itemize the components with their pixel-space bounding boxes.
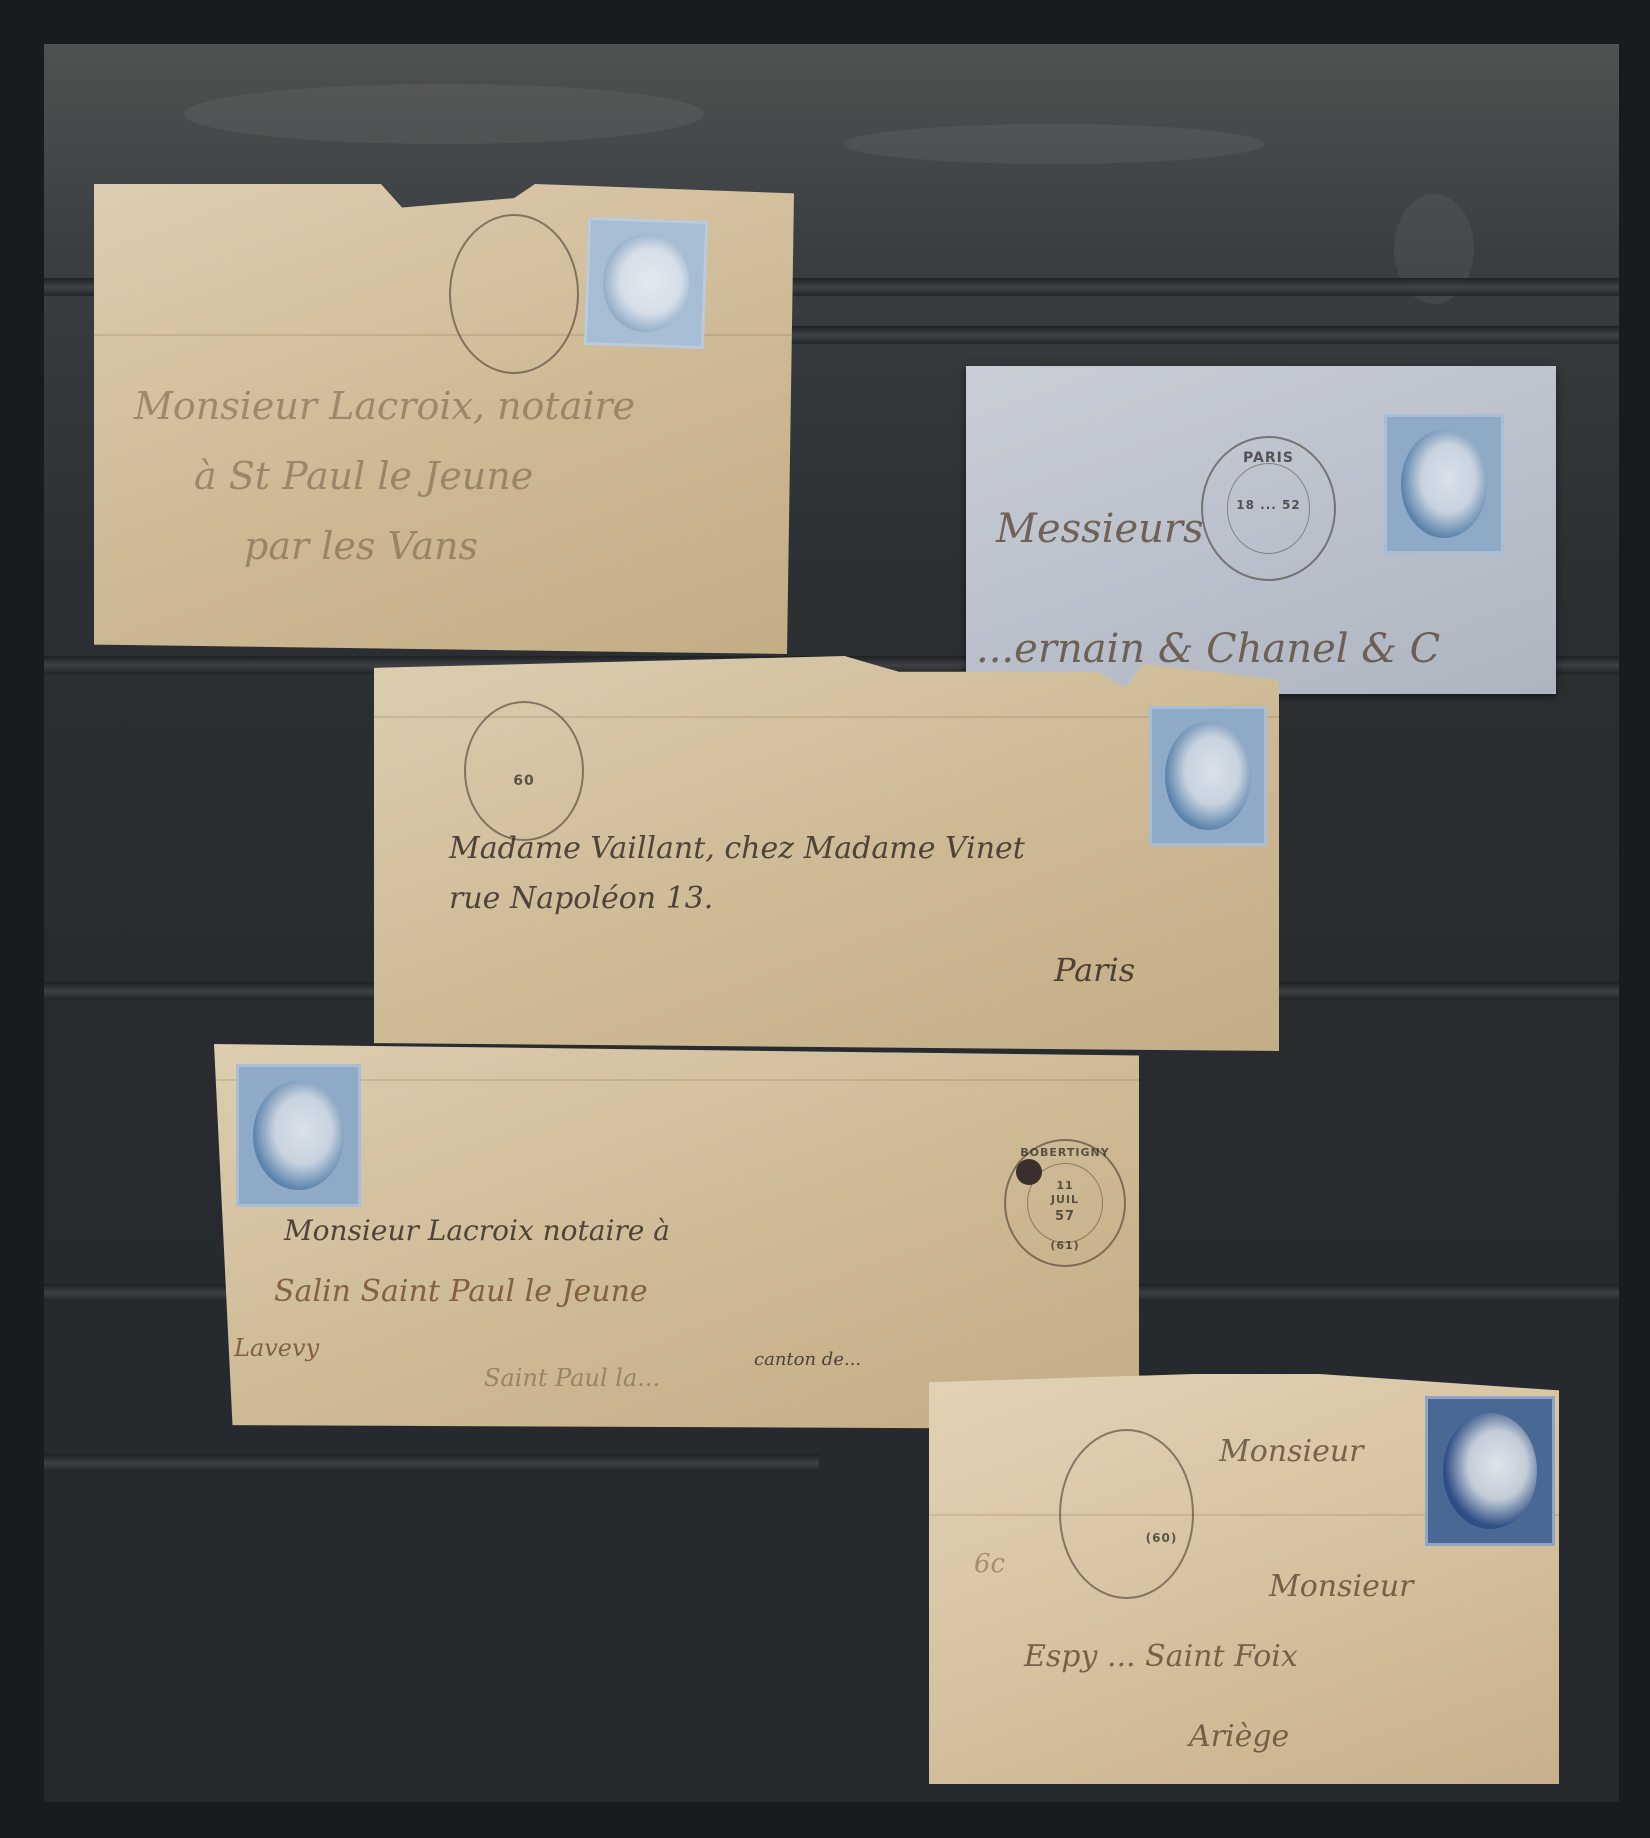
postmark [449, 214, 579, 374]
postmark-town: PARIS [1203, 450, 1334, 466]
paris-postmark: PARIS 18 ... 52 [1201, 436, 1336, 581]
stock-strip-divider [44, 1454, 819, 1472]
bobertigny-postmark: BOBERTIGNY 11 JUIL 57 (61) [1004, 1139, 1126, 1267]
address-line: Monsieur [1269, 1569, 1414, 1604]
stock-page-photo: Monsieur Lacroix, notaire à St Paul le J… [44, 44, 1619, 1802]
postmark-year: 57 [1006, 1209, 1124, 1224]
cover-5: (60) 6c Monsieur Monsieur Espy ... Saint… [929, 1374, 1559, 1784]
address-line: Paris [1054, 951, 1135, 989]
address-line: Lavevy [234, 1334, 319, 1362]
stamp-portrait-icon [601, 233, 691, 334]
stamp-portrait-icon [1443, 1413, 1537, 1528]
address-line: Madame Vaillant, chez Madame Vinet [449, 831, 1025, 866]
page-scuff [184, 84, 704, 144]
address-line: Ariège [1189, 1719, 1289, 1754]
address-line: rue Napoléon 13. [449, 881, 713, 916]
cover-1: Monsieur Lacroix, notaire à St Paul le J… [94, 184, 794, 654]
stamp-portrait-icon [253, 1081, 343, 1191]
stamp-portrait-icon [1165, 722, 1250, 829]
address-line: Espy ... Saint Foix [1024, 1639, 1298, 1674]
page-scuff [844, 124, 1264, 164]
postmark-dept: (61) [1006, 1239, 1124, 1252]
address-line: ...ernain & Chanel & C [976, 626, 1440, 672]
postmark-month: JUIL [1006, 1193, 1124, 1206]
cover-4: BOBERTIGNY 11 JUIL 57 (61) Monsieur Lacr… [214, 1044, 1139, 1429]
address-line: par les Vans [244, 524, 478, 568]
fragment-2: PARIS 18 ... 52 Messieurs ...ernain & Ch… [966, 366, 1556, 694]
postmark-dept: (60) [1096, 1531, 1227, 1545]
stamp-portrait-icon [1401, 430, 1488, 537]
napoleon-stamp [1384, 414, 1504, 554]
postage-due-marking: 6c [974, 1549, 1005, 1579]
cover-3: 60 Madame Vaillant, chez Madame Vinet ru… [374, 656, 1279, 1051]
postmark-date: 60 [466, 773, 582, 789]
address-line: Salin Saint Paul le Jeune [274, 1274, 648, 1309]
stock-strip-divider [784, 326, 1619, 344]
address-line: canton de... [754, 1349, 861, 1370]
address-line: Saint Paul la... [484, 1364, 660, 1392]
napoleon-stamp [1425, 1396, 1555, 1546]
napoleon-stamp [236, 1064, 361, 1207]
napoleon-stamp [584, 217, 708, 349]
address-line: Monsieur Lacroix notaire à [284, 1214, 670, 1247]
address-line: Monsieur Lacroix, notaire [134, 384, 635, 428]
postmark-town: BOBERTIGNY [1006, 1146, 1124, 1159]
address-line: Monsieur [1219, 1434, 1364, 1469]
napoleon-stamp [1149, 706, 1267, 846]
postmark: (60) [1059, 1429, 1194, 1599]
postmark-day: 11 [1006, 1179, 1124, 1192]
address-line: à St Paul le Jeune [194, 454, 533, 498]
postmark-date: 18 ... 52 [1203, 498, 1334, 512]
postmark: 60 [464, 701, 584, 841]
address-line: Messieurs [996, 506, 1204, 552]
